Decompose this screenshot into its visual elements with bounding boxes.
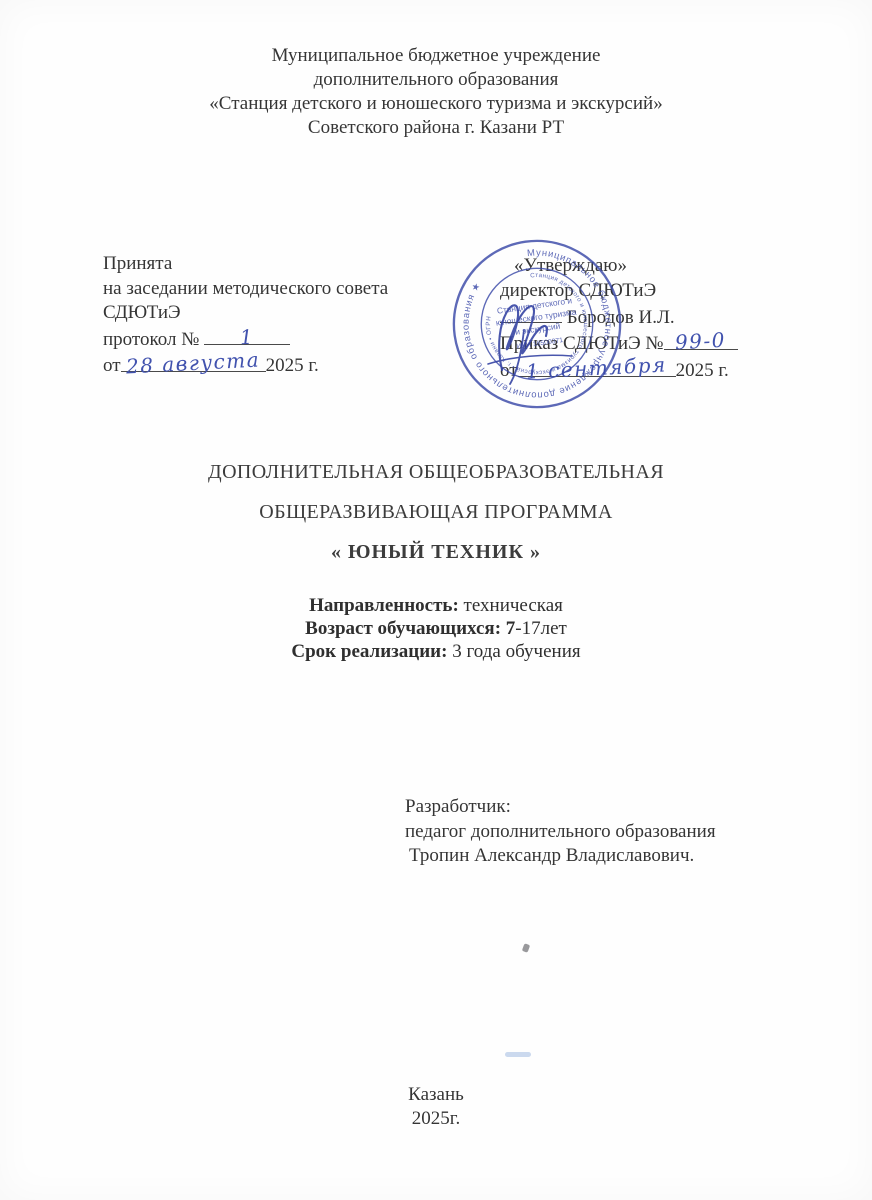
program-specs: Направленность: техническая Возраст обуч… [0,594,872,663]
protocol-number-handwriting: 1 [239,324,254,349]
program-name: « ЮНЫЙ ТЕХНИК » [0,532,872,572]
protocol-number-field: 1 [204,326,290,346]
org-header-line4: Советского района г. Казани РТ [0,116,872,140]
accepted-line2: на заседании методического совета [103,277,463,302]
developer-name: Тропин Александр Владиславович. [405,844,805,869]
developer-role: педагог дополнительного образования [405,820,805,845]
signature-graphic [468,272,598,392]
footer-city: Казань [0,1083,872,1107]
accepted-date-suffix: 2025 г. [266,355,319,376]
order-number-field: 99-0 [664,330,738,350]
accepted-date-handwriting: 28 августа [125,348,260,379]
spec-direction-label: Направленность: [309,595,459,616]
spec-duration-label: Срок реализации: [291,641,447,662]
spec-duration-value: 3 года обучения [452,641,580,662]
program-title-line1: ДОПОЛНИТЕЛЬНАЯ ОБЩЕОБРАЗОВАТЕЛЬНАЯ [0,452,872,492]
protocol-label: протокол № [103,329,199,350]
scan-speck [505,1052,531,1057]
accepted-date-prefix: от [103,355,121,376]
footer-block: Казань 2025г. [0,1083,872,1131]
order-number-handwriting: 99-0 [674,328,726,355]
org-header-line3: «Станция детского и юношеского туризма и… [0,92,872,116]
accepted-line3: СДЮТиЭ [103,301,463,326]
program-title-line2: ОБЩЕРАЗВИВАЮЩАЯ ПРОГРАММА [0,492,872,532]
org-header-line1: Муниципальное бюджетное учреждение [0,44,872,68]
developer-block: Разработчик: педагог дополнительного обр… [405,795,805,869]
spec-direction: Направленность: техническая [0,594,872,617]
director-signature [468,272,598,392]
accepted-line1: Принята [103,252,463,277]
accepted-date-line: от28 августа2025 г. [103,352,463,379]
spec-age-value: -17лет [515,618,567,639]
footer-year: 2025г. [0,1107,872,1131]
accepted-date-field: 28 августа [121,352,266,372]
approved-date-suffix: 2025 г. [676,360,729,381]
spec-duration: Срок реализации: 3 года обучения [0,640,872,663]
org-header-line2: дополнительного образования [0,68,872,92]
spec-age: Возраст обучающихся: 7-17лет [0,617,872,640]
accepted-block: Принята на заседании методического совет… [103,252,463,379]
document-page: Муниципальное бюджетное учреждение допол… [0,0,872,1200]
scan-speck [522,943,530,953]
spec-direction-value: техническая [464,595,563,616]
accepted-protocol-line: протокол № 1 [103,326,463,353]
program-title: ДОПОЛНИТЕЛЬНАЯ ОБЩЕОБРАЗОВАТЕЛЬНАЯ ОБЩЕР… [0,452,872,572]
developer-label: Разработчик: [405,795,805,820]
org-header: Муниципальное бюджетное учреждение допол… [0,44,872,140]
spec-age-label: Возраст обучающихся: 7 [305,618,515,639]
